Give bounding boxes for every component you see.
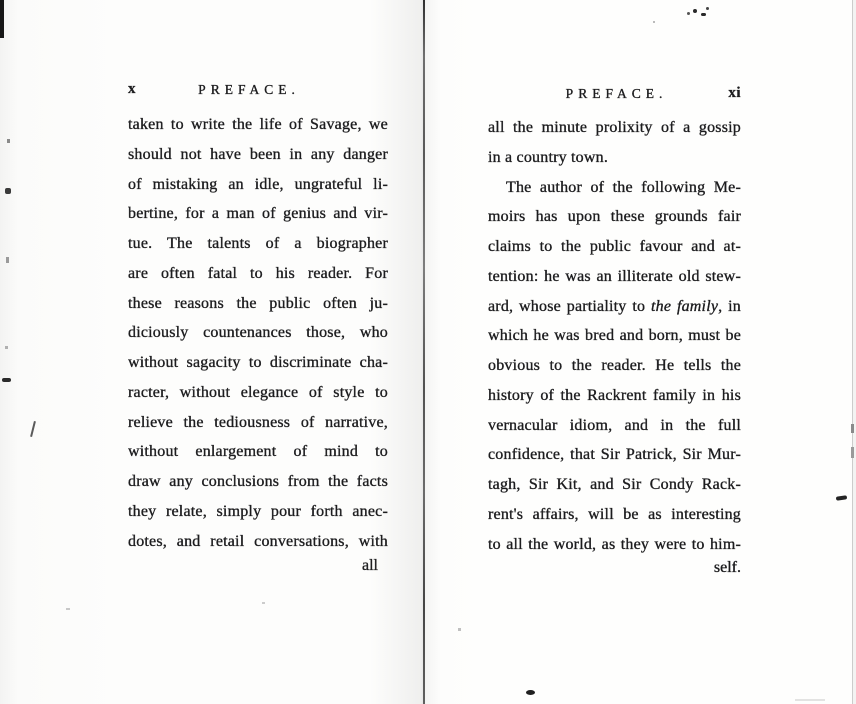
text-segment: , in <box>718 298 741 315</box>
text-segment: bertine, for a man of genius and vir- <box>128 205 388 222</box>
text-line: tagh, Sir Kit, and Sir Condy Rack- <box>488 470 741 500</box>
text-segment: of mistaking an idle, ungrateful li- <box>128 176 388 193</box>
text-line: rent's affairs, will be as interesting <box>488 500 741 530</box>
text-segment: relieve the tediousness of narrative, <box>128 414 388 431</box>
text-segment: are often fatal to his reader. For <box>128 265 388 282</box>
text-segment: diciously countenances those, who <box>128 324 388 341</box>
text-segment: tagh, Sir Kit, and Sir Condy Rack- <box>488 476 741 493</box>
ink-speck <box>66 608 70 610</box>
text-line: vernacular idiom, and in the full <box>488 411 741 441</box>
text-segment: to all the world, as they were to him- <box>488 536 741 553</box>
text-line: should not have been in any danger <box>128 140 388 170</box>
text-segment: should not have been in any danger <box>128 146 388 163</box>
text-segment: tention: he was an illiterate old stew- <box>488 268 741 285</box>
ink-speck <box>653 21 655 23</box>
text-line: moirs has upon these grounds fair <box>488 202 741 232</box>
text-segment: confidence, that Sir Patrick, Sir Mur- <box>488 446 741 463</box>
text-segment: vernacular idiom, and in the full <box>488 417 741 434</box>
ink-speck <box>706 7 709 10</box>
page-gutter <box>423 0 425 704</box>
text-line: taken to write the life of Savage, we <box>128 110 388 140</box>
text-line: of mistaking an idle, ungrateful li- <box>128 170 388 200</box>
text-segment: they relate, simply pour forth anec- <box>128 503 388 520</box>
text-segment: these reasons the public often ju- <box>128 295 388 312</box>
ink-speck <box>851 447 854 458</box>
ink-speck <box>2 378 11 382</box>
ink-speck <box>5 346 8 349</box>
page-number-right: xi <box>728 85 741 102</box>
running-title-left: PREFACE. <box>198 82 300 98</box>
text-segment: The author of the following Me- <box>506 179 741 196</box>
text-line: in a country town. <box>488 143 741 173</box>
text-line: claims to the public favour and at- <box>488 232 741 262</box>
ink-speck <box>6 257 9 263</box>
text-line: obvious to the reader. He tells the <box>488 351 741 381</box>
ink-speck <box>701 13 706 16</box>
text-line: which he was bred and born, must be <box>488 321 741 351</box>
page-number-left: x <box>128 81 136 98</box>
left-text-block: taken to write the life of Savage, wesho… <box>128 110 388 556</box>
text-segment: without enlargement of mind to <box>128 443 388 460</box>
catchword-right: self. <box>488 558 741 578</box>
text-segment: moirs has upon these grounds fair <box>488 208 741 225</box>
ink-speck <box>262 602 265 604</box>
text-line: without enlargement of mind to <box>128 437 388 467</box>
ink-speck <box>7 139 10 143</box>
book-scan: x PREFACE. PREFACE. xi taken to write th… <box>0 0 856 704</box>
ink-speck <box>0 0 4 38</box>
text-segment: obvious to the reader. He tells the <box>488 357 741 374</box>
text-line: all the minute prolixity of a gossip <box>488 113 741 143</box>
text-segment: draw any conclusions from the facts <box>128 473 388 490</box>
text-segment: taken to write the life of Savage, we <box>128 116 388 133</box>
text-line: tention: he was an illiterate old stew- <box>488 262 741 292</box>
text-line: bertine, for a man of genius and vir- <box>128 199 388 229</box>
text-line: dotes, and retail conversations, with <box>128 527 388 557</box>
text-line: diciously countenances those, who <box>128 318 388 348</box>
text-segment: in a country town. <box>488 149 608 166</box>
text-line: without sagacity to discriminate cha- <box>128 348 388 378</box>
text-line: tue. The talents of a biographer <box>128 229 388 259</box>
text-segment: history of the Rackrent family in his <box>488 387 741 404</box>
ink-speck <box>693 9 697 13</box>
text-line: draw any conclusions from the facts <box>128 467 388 497</box>
text-line: are often fatal to his reader. For <box>128 259 388 289</box>
right-text-block: all the minute prolixity of a gossipin a… <box>488 113 741 559</box>
text-line: they relate, simply pour forth anec- <box>128 497 388 527</box>
text-segment: without sagacity to discriminate cha- <box>128 354 388 371</box>
italic-text: the family <box>651 298 718 315</box>
text-segment: all the minute prolixity of a gossip <box>488 119 741 136</box>
text-line: confidence, that Sir Patrick, Sir Mur- <box>488 440 741 470</box>
ink-speck <box>851 424 854 433</box>
ink-speck <box>687 12 690 15</box>
running-head-left: x PREFACE. <box>128 81 388 99</box>
ink-speck <box>795 699 825 701</box>
running-head-right: PREFACE. xi <box>488 85 741 103</box>
ink-speck <box>526 690 535 695</box>
ink-speck <box>5 188 11 194</box>
running-title-right: PREFACE. <box>566 86 668 102</box>
text-line: these reasons the public often ju- <box>128 289 388 319</box>
ink-speck <box>458 628 461 631</box>
text-segment: claims to the public favour and at- <box>488 238 741 255</box>
text-segment: racter, without elegance of style to <box>128 384 388 401</box>
text-line: The author of the following Me- <box>488 173 741 203</box>
text-line: to all the world, as they were to him- <box>488 530 741 560</box>
text-segment: which he was bred and born, must be <box>488 327 741 344</box>
text-line: history of the Rackrent family in his <box>488 381 741 411</box>
text-segment: ard, whose partiality to <box>488 298 651 315</box>
text-line: racter, without elegance of style to <box>128 378 388 408</box>
text-line: relieve the tediousness of narrative, <box>128 408 388 438</box>
text-segment: tue. The talents of a biographer <box>128 235 388 252</box>
text-line: ard, whose partiality to the family, in <box>488 292 741 322</box>
catchword-left: all <box>128 556 378 576</box>
text-segment: rent's affairs, will be as interesting <box>488 506 741 523</box>
text-segment: dotes, and retail conversations, with <box>128 533 388 550</box>
